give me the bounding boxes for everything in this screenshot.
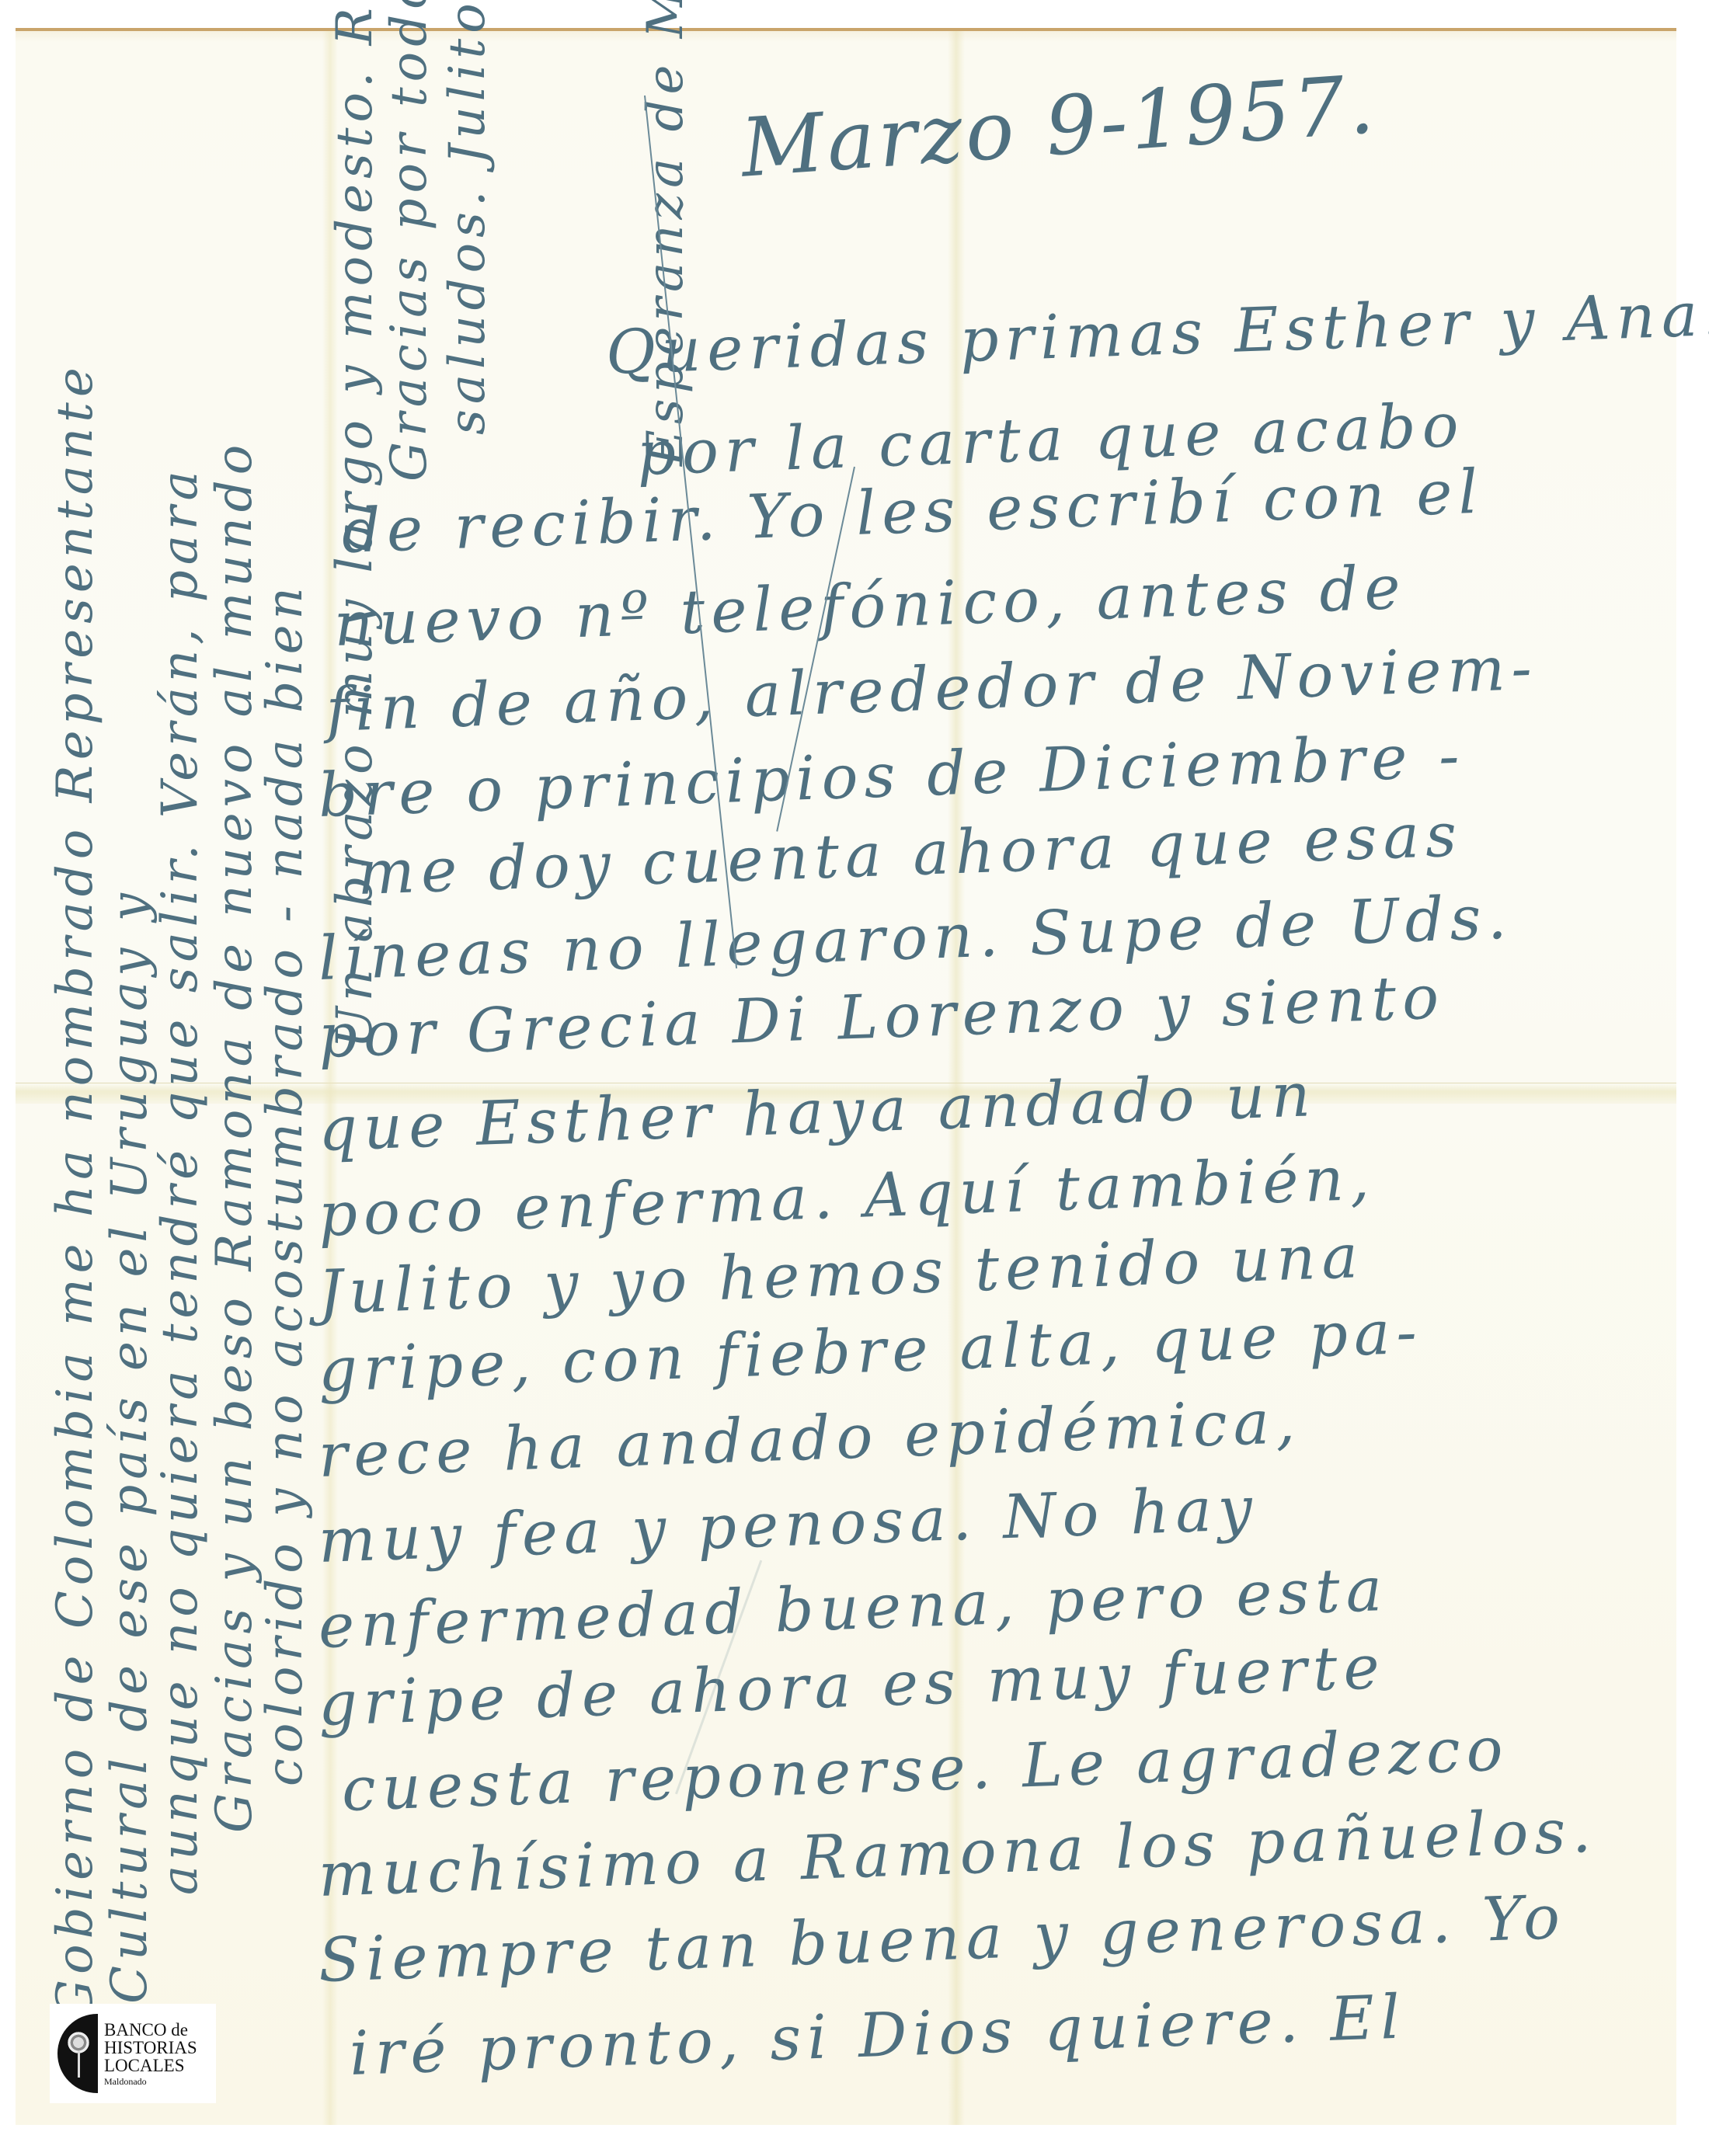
- letter-date: Marzo 9-1957.: [738, 57, 1380, 196]
- margin-line: colorido y no acostumbrado - nada bien: [256, 582, 314, 1786]
- banco-historias-locales-logo: BANCO de HISTORIAS LOCALES Maldonado: [50, 2004, 216, 2103]
- body-line: iré pronto, si Dios quiere. El: [348, 1983, 1407, 2089]
- logo-line-3: LOCALES: [104, 2057, 197, 2074]
- margin-line: Gracias por todo un cariño de los Luna a…: [381, 0, 438, 482]
- margin-line: Cultural de ese país en el Uruguay y: [101, 888, 158, 2004]
- margin-line: aunque no quiera tendré que salir. Verán…: [151, 465, 209, 1895]
- body-line: Queridas primas Esther y Ana:: [604, 279, 1709, 388]
- margin-line: saludos. Julito. Con cariño de: [439, 0, 496, 435]
- body-line: rece ha andado epidémica,: [317, 1387, 1302, 1491]
- logo-line-4: Maldonado: [104, 2077, 197, 2086]
- tree-icon: [57, 2014, 98, 2093]
- letter-paper: Marzo 9-1957. Queridas primas Esther y A…: [16, 28, 1676, 2125]
- margin-line: Gracias y un beso Ramona de nuevo al mun…: [206, 440, 263, 1833]
- margin-line: Gobierno de Colombia me ha nombrado Repr…: [47, 362, 104, 2019]
- logo-line-2: HISTORIAS: [104, 2039, 197, 2057]
- margin-line: Esperanza de Monterroso: [637, 0, 694, 466]
- body-line: que Esther haya andado un: [317, 1060, 1317, 1165]
- logo-line-1: BANCO de: [104, 2021, 197, 2039]
- margin-line: Un abrazo muy largo y modesto. Ramona: [326, 0, 384, 1048]
- body-line: muy fea y penosa. No hay: [317, 1474, 1259, 1577]
